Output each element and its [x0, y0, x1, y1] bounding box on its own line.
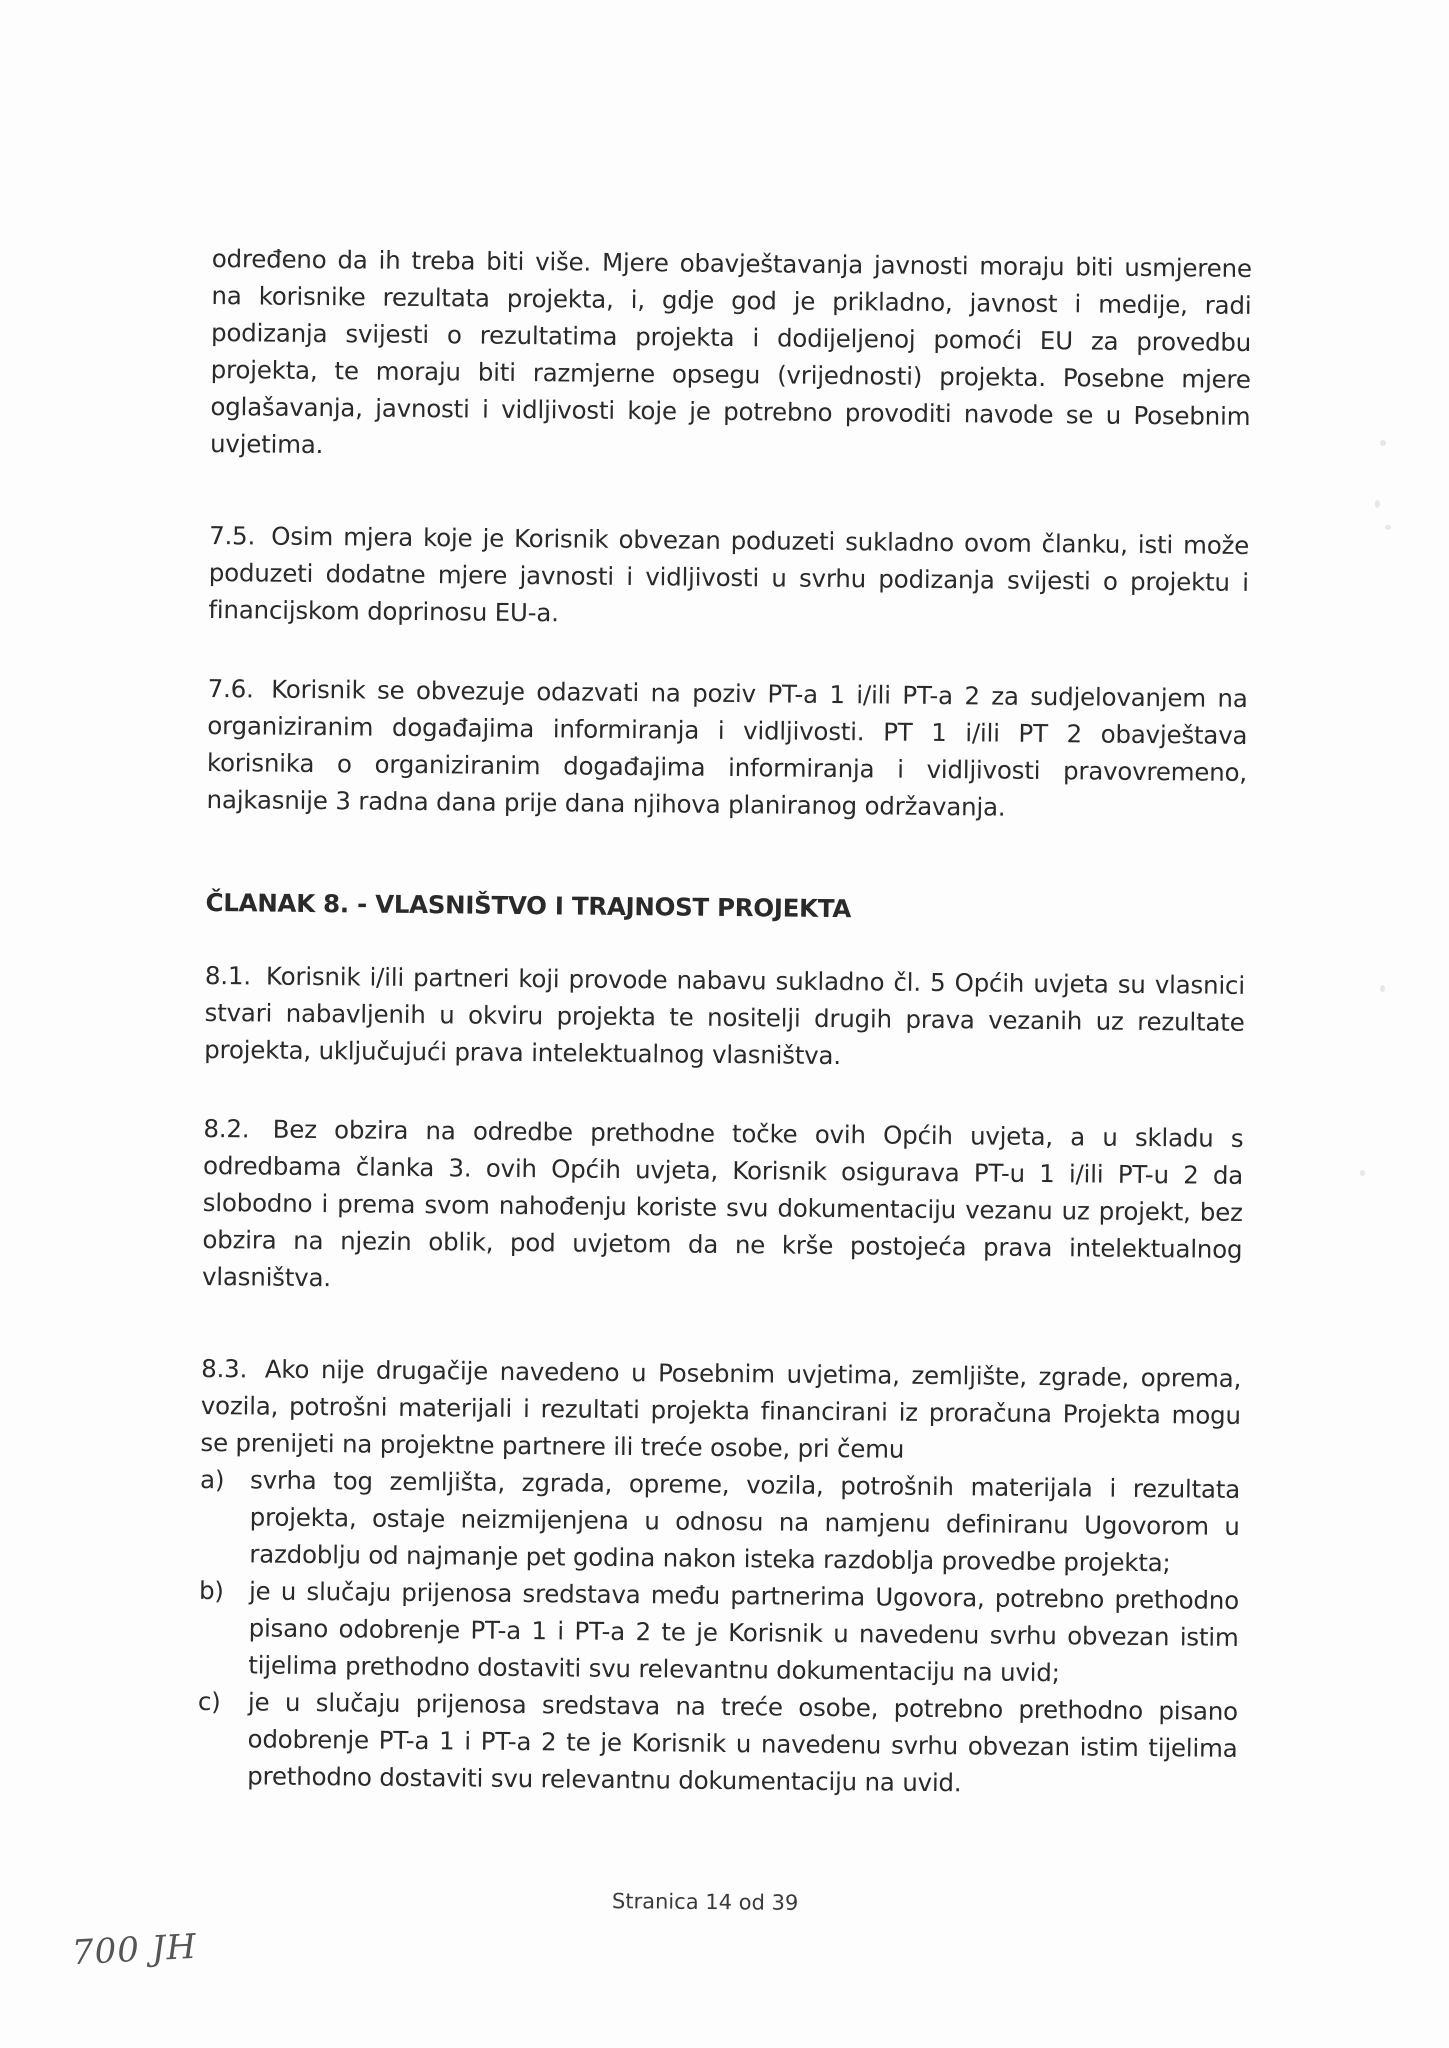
scan-artifact	[1375, 500, 1380, 508]
list-marker: b)	[199, 1572, 224, 1609]
clause-8-2: 8.2. Bez obzira na odredbe prethodne toč…	[202, 1110, 1244, 1305]
clause-number: 8.2.	[203, 1114, 249, 1143]
clause-text: Ako nije drugačije navedeno u Posebnim u…	[200, 1355, 1241, 1464]
clause-number: 8.3.	[201, 1354, 247, 1383]
scan-artifact	[1380, 985, 1385, 992]
page-body: određeno da ih treba biti više. Mjere ob…	[197, 240, 1252, 1804]
clause-number: 7.6.	[208, 674, 254, 703]
clause-8-3: 8.3. Ako nije drugačije navedeno u Poseb…	[200, 1350, 1241, 1471]
scan-artifact	[1360, 1170, 1365, 1176]
clause-text: Korisnik i/ili partneri koji provode nab…	[204, 962, 1245, 1071]
list-item-text: je u slučaju prijenosa sredstava među pa…	[248, 1576, 1239, 1687]
list-item-text: je u slučaju prijenosa sredstava na treć…	[247, 1687, 1238, 1797]
clause-8-3-list: a) svrha tog zemljišta, zgrada, opreme, …	[197, 1461, 1240, 1804]
scan-artifact	[1385, 525, 1391, 530]
list-marker: c)	[198, 1683, 221, 1720]
clause-number: 7.5.	[209, 521, 255, 550]
clause-text: Osim mjera koje je Korisnik obvezan podu…	[208, 522, 1249, 628]
list-item: a) svrha tog zemljišta, zgrada, opreme, …	[199, 1461, 1240, 1582]
list-marker: a)	[200, 1461, 225, 1498]
scan-artifact	[1380, 440, 1386, 446]
clause-text: Korisnik se obvezuje odazvati na poziv P…	[206, 675, 1247, 822]
scanned-page: određeno da ih treba biti više. Mjere ob…	[0, 0, 1449, 2048]
clause-number: 8.1.	[205, 961, 251, 990]
continuation-paragraph: određeno da ih treba biti više. Mjere ob…	[210, 240, 1252, 472]
clause-8-1: 8.1. Korisnik i/ili partneri koji provod…	[204, 957, 1245, 1078]
list-item-text: svrha tog zemljišta, zgrada, opreme, voz…	[249, 1465, 1240, 1577]
clause-text: Bez obzira na odredbe prethodne točke ov…	[202, 1115, 1244, 1293]
list-item: b) je u slučaju prijenosa sredstava među…	[198, 1572, 1239, 1693]
handwritten-note: 700 JH	[71, 1927, 198, 1973]
list-item: c) je u slučaju prijenosa sredstava na t…	[197, 1683, 1238, 1804]
page-number-footer: Stranica 14 od 39	[612, 1889, 799, 1915]
clause-7-5: 7.5. Osim mjera koje je Korisnik obvezan…	[208, 517, 1249, 638]
clause-7-6: 7.6. Korisnik se obvezuje odazvati na po…	[206, 670, 1247, 828]
